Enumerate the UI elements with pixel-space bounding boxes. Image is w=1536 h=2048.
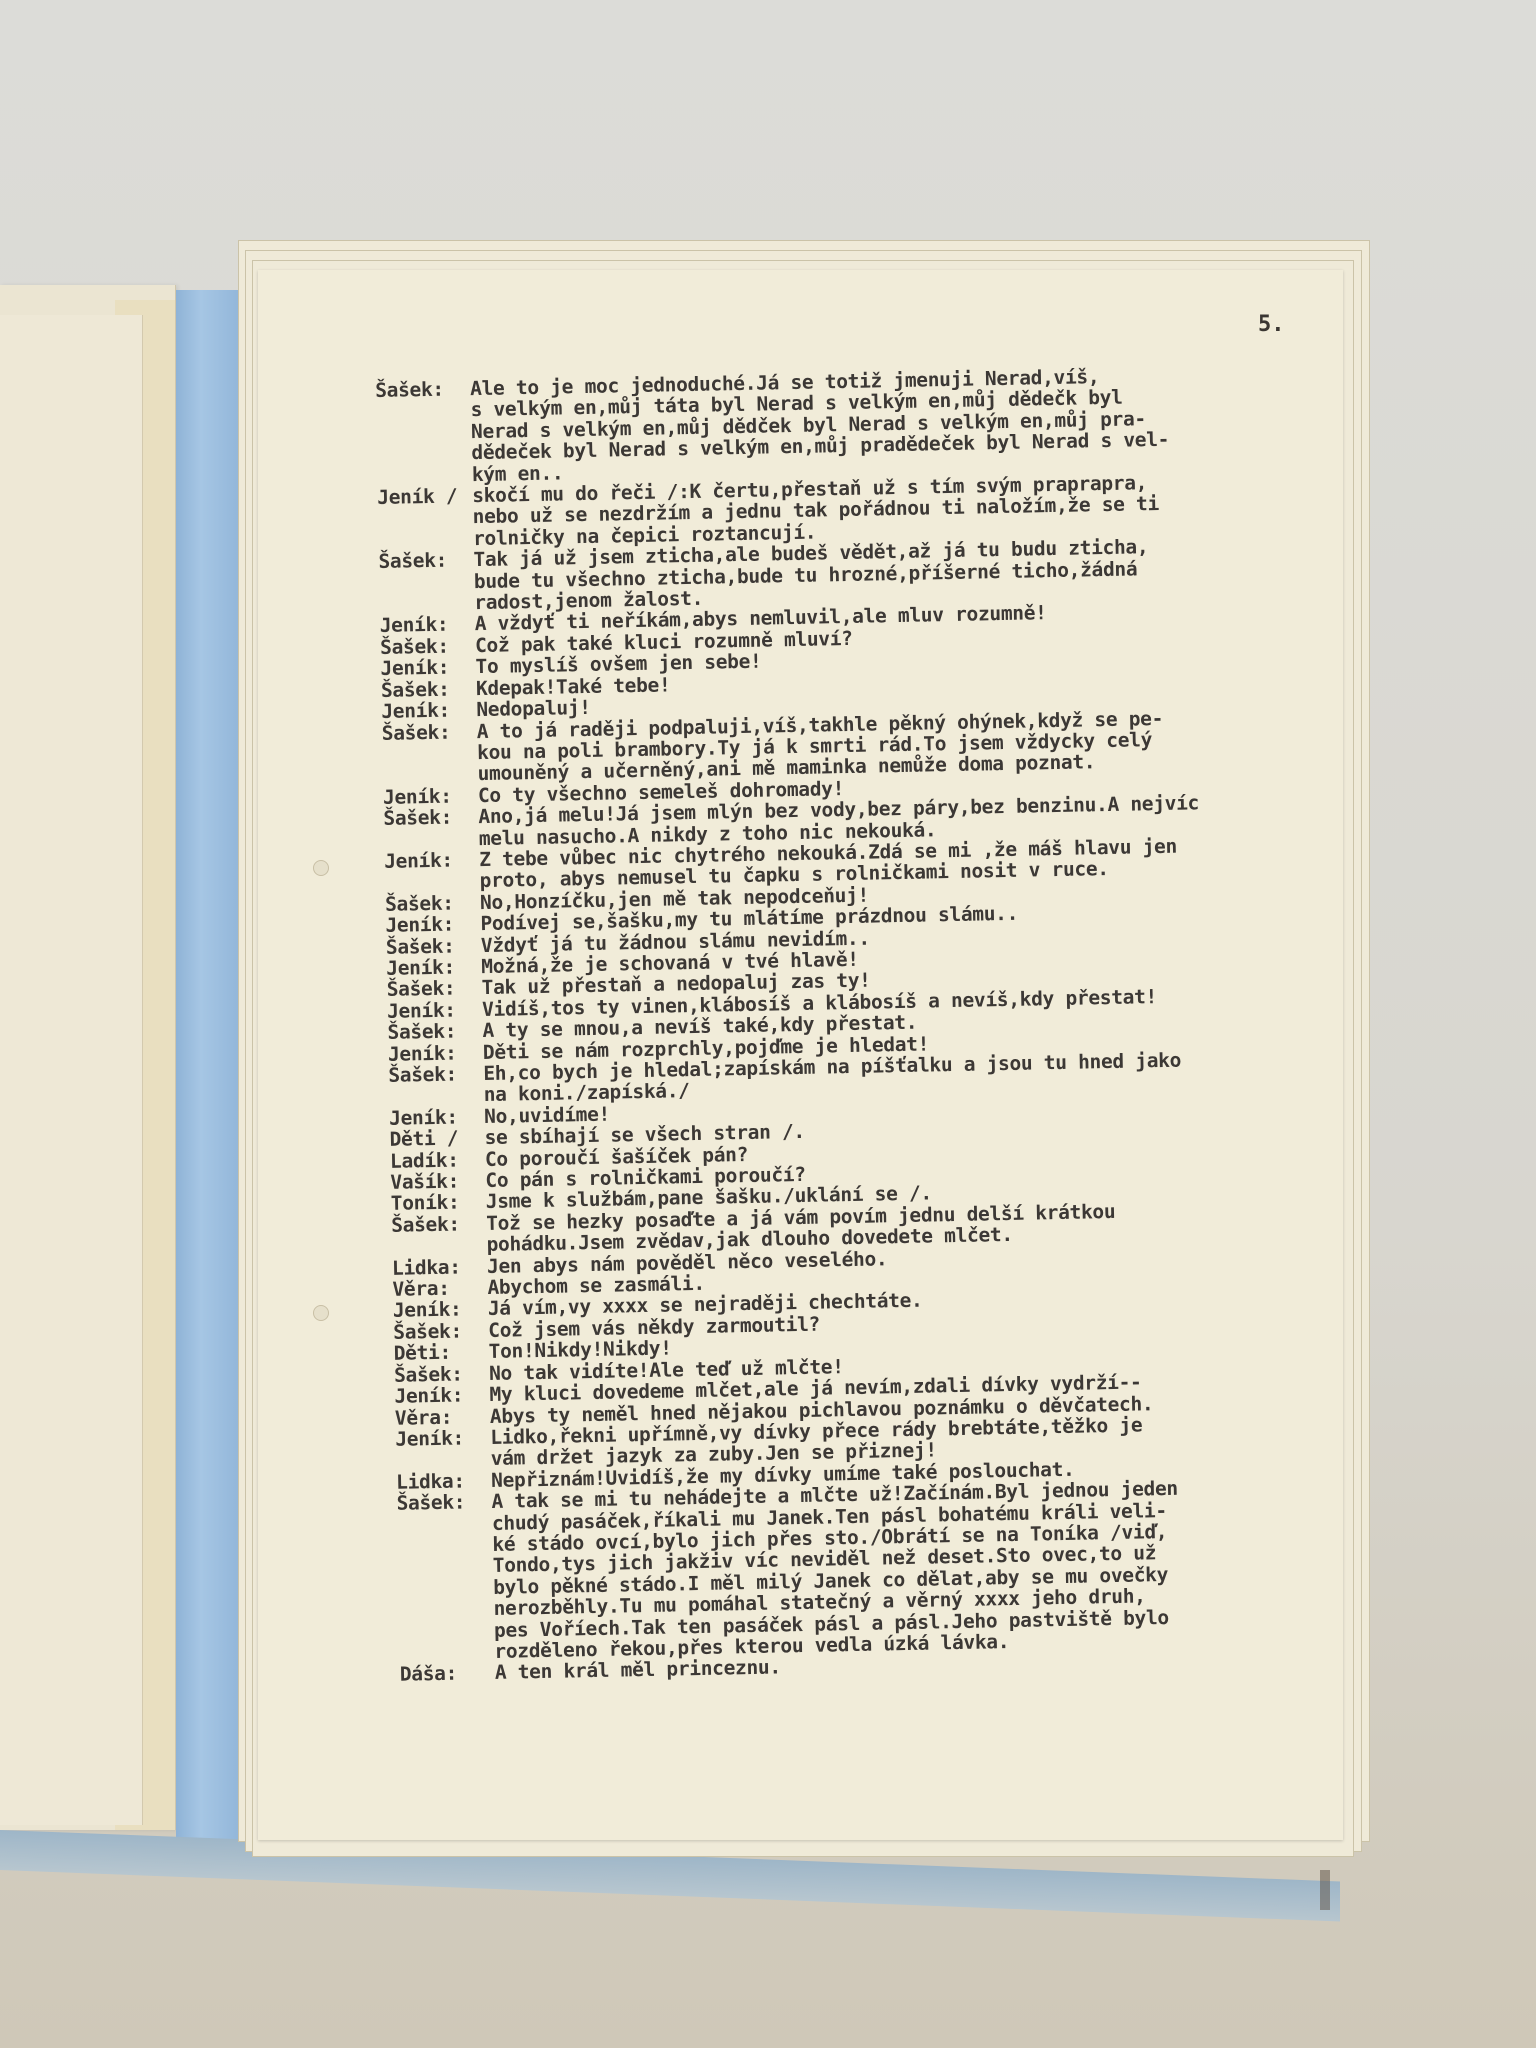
script-text: Šašek:Ale to je moc jednoduché.Já se tot… xyxy=(375,362,1330,1685)
speaker-name: Šašek: xyxy=(394,1363,489,1386)
punch-hole xyxy=(313,1305,329,1321)
dialogue-text: na koni./zapíská./ xyxy=(484,1080,690,1105)
speaker-name: Jeník: xyxy=(380,656,475,679)
speaker-name: Jeník: xyxy=(389,1106,484,1129)
speaker-name: Šašek: xyxy=(380,635,475,658)
speaker-name: Jeník: xyxy=(394,1384,489,1407)
speaker-name: Děti: xyxy=(393,1341,488,1364)
speaker-name: Šašek: xyxy=(393,1320,488,1343)
stack-corner-shadow xyxy=(1320,1870,1330,1910)
speaker-name: Šašek: xyxy=(378,549,473,572)
speaker-name: Lidka: xyxy=(392,1256,487,1279)
speaker-name: Jeník: xyxy=(395,1427,490,1450)
speaker-name: Šašek: xyxy=(385,892,480,915)
speaker-name: Šašek: xyxy=(387,1020,482,1043)
speaker-name: Jeník: xyxy=(380,614,475,637)
speaker-name: Šašek: xyxy=(387,977,482,1000)
speaker-name: Jeník: xyxy=(393,1298,488,1321)
speaker-name: Jeník: xyxy=(388,1042,483,1065)
speaker-name: Šašek: xyxy=(391,1213,486,1236)
speaker-name: Děti / xyxy=(389,1127,484,1150)
speaker-name: Jeník: xyxy=(385,913,480,936)
speaker-name: Jeník: xyxy=(383,785,478,808)
speaker-name: Dáša: xyxy=(400,1662,495,1685)
speaker-name: Ladík: xyxy=(390,1149,485,1172)
speaker-name: Šašek: xyxy=(375,378,470,401)
speaker-name: Lidka: xyxy=(396,1470,491,1493)
speaker-name: Věra: xyxy=(392,1277,487,1300)
speaker-name: Šašek: xyxy=(382,721,477,744)
binder-spine xyxy=(176,290,238,1850)
speaker-name: Šašek: xyxy=(386,935,481,958)
speaker-name: Vašík: xyxy=(390,1170,485,1193)
speaker-name: Toník: xyxy=(391,1191,486,1214)
speaker-name: Jeník: xyxy=(384,849,479,872)
left-page xyxy=(0,315,143,1825)
page-number: 5. xyxy=(1258,312,1285,337)
speaker-name: Šašek: xyxy=(396,1491,491,1514)
speaker-name: Jeník / xyxy=(377,485,472,508)
speaker-name: Šašek: xyxy=(388,1063,483,1086)
punch-hole xyxy=(313,860,329,876)
speaker-name: Šašek: xyxy=(381,678,476,701)
dialogue-text: Nedopaluj! xyxy=(476,697,591,721)
speaker-name: Šašek: xyxy=(383,806,478,829)
speaker-name: Jeník: xyxy=(381,699,476,722)
speaker-name: Jeník: xyxy=(386,956,481,979)
speaker-name: Věra: xyxy=(395,1405,490,1428)
speaker-name: Jeník: xyxy=(387,999,482,1022)
